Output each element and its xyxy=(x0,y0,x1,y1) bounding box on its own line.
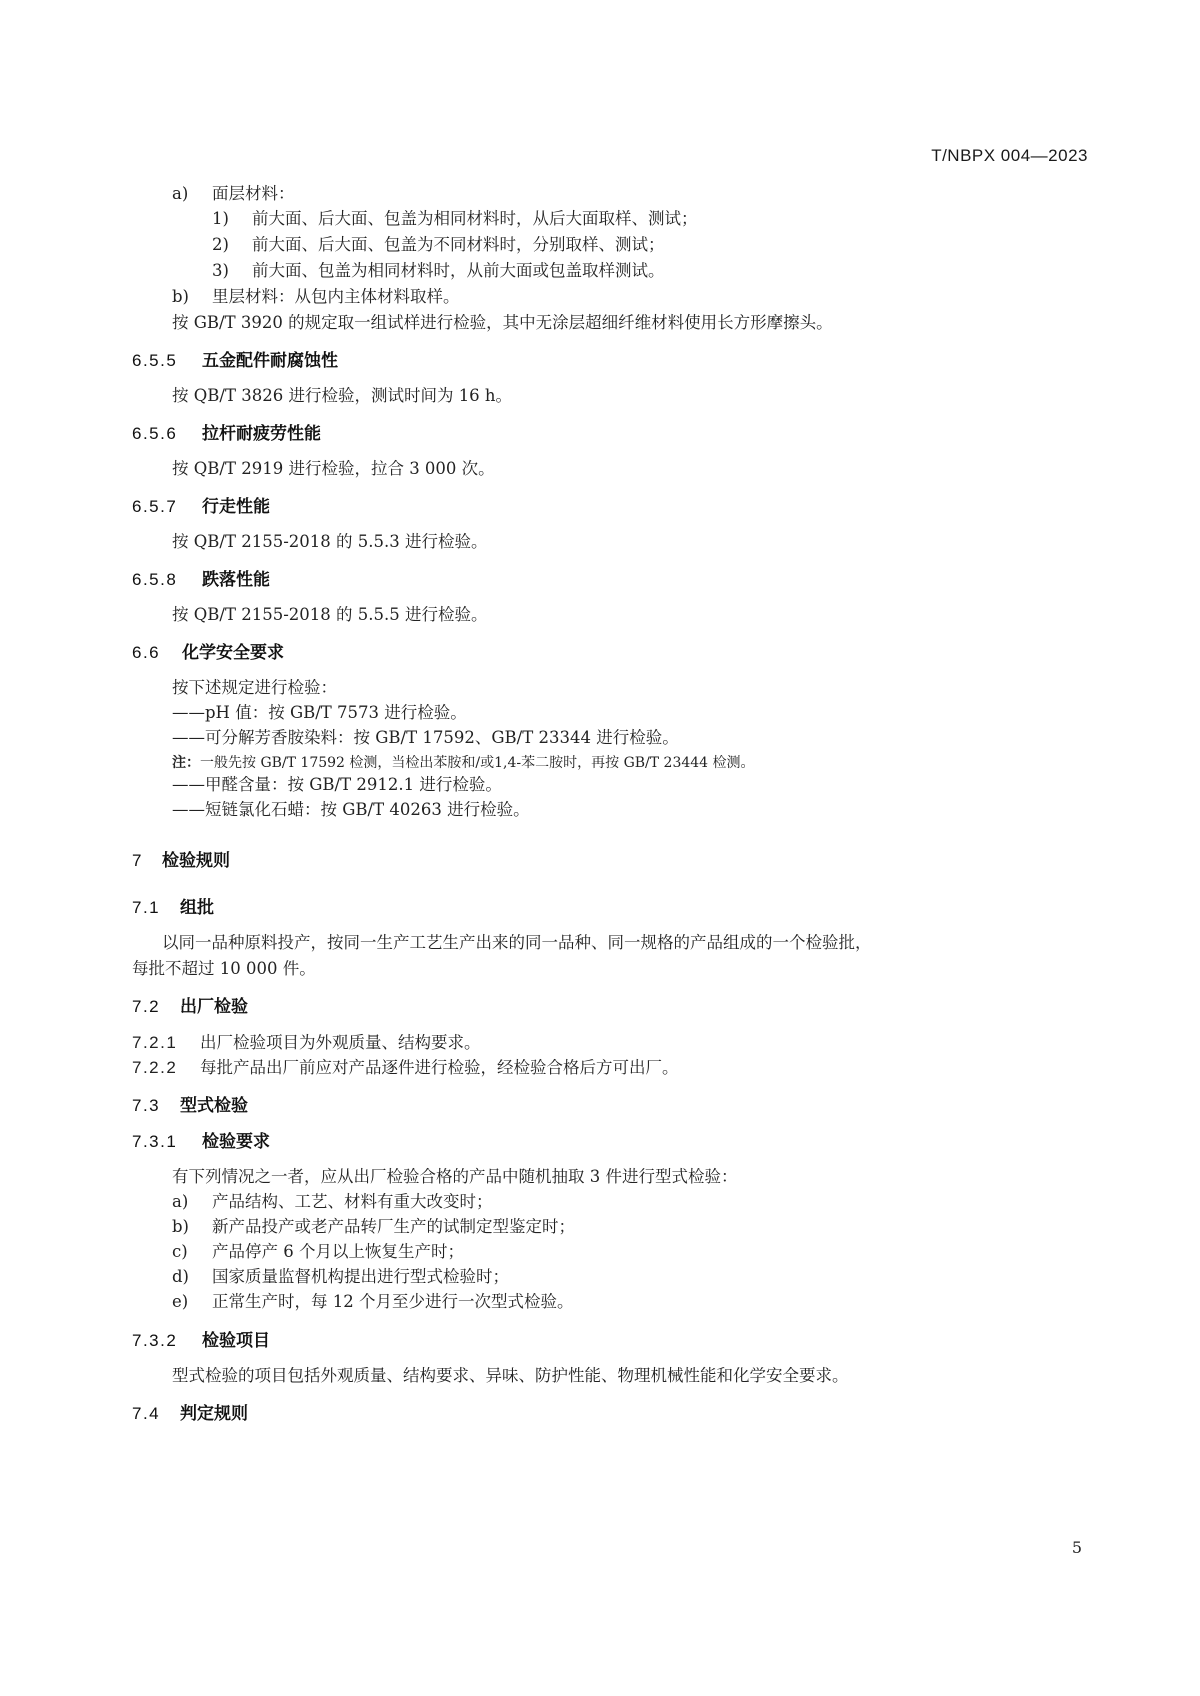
list-marker: a) xyxy=(172,1188,212,1216)
section-title: 五金配件耐腐蚀性 xyxy=(202,351,338,371)
section-number: 7 xyxy=(132,851,162,871)
section-number: 7.3.2 xyxy=(132,1331,202,1351)
section-heading-7-3: 7.3型式检验 xyxy=(132,1091,248,1116)
section-number: 7.4 xyxy=(132,1404,180,1424)
list-item-e: e)正常生产时，每 12 个月至少进行一次型式检验。 xyxy=(172,1288,574,1316)
section-heading-7-2: 7.2出厂检验 xyxy=(132,992,248,1017)
section-number: 7.1 xyxy=(132,898,180,918)
dash-item-ph: ——pH 值：按 GB/T 7573 进行检验。 xyxy=(172,699,467,727)
paragraph: 按 QB/T 2919 进行检验，拉合 3 000 次。 xyxy=(172,455,495,483)
list-item-d: d)国家质量监督机构提出进行型式检验时； xyxy=(172,1263,509,1291)
list-marker: 2) xyxy=(212,231,252,259)
section-number: 7.2 xyxy=(132,997,180,1017)
list-subitem-3: 3)前大面、包盖为相同材料时，从前大面或包盖取样测试。 xyxy=(212,257,665,285)
list-text: 前大面、后大面、包盖为相同材料时，从后大面取样、测试； xyxy=(252,209,698,228)
paragraph-line-2: 每批不超过 10 000 件。 xyxy=(132,955,316,983)
paragraph: 按 QB/T 2155-2018 的 5.5.3 进行检验。 xyxy=(172,528,487,556)
dash-item-aromatic-amine: ——可分解芳香胺染料：按 GB/T 17592、GB/T 23344 进行检验。 xyxy=(172,724,679,752)
section-title: 跌落性能 xyxy=(202,570,270,590)
clause-text: 出厂检验项目为外观质量、结构要求。 xyxy=(200,1033,481,1052)
list-text: 产品停产 6 个月以上恢复生产时； xyxy=(212,1242,464,1261)
clause-7-2-1: 7.2.1出厂检验项目为外观质量、结构要求。 xyxy=(132,1029,481,1057)
section-heading-7-4: 7.4判定规则 xyxy=(132,1399,248,1424)
list-marker: 3) xyxy=(212,257,252,285)
section-title: 组批 xyxy=(180,898,214,918)
list-item-a: a)产品结构、工艺、材料有重大改变时； xyxy=(172,1188,493,1216)
section-heading-6-5-6: 6.5.6拉杆耐疲劳性能 xyxy=(132,419,321,444)
section-heading-7-3-1: 7.3.1检验要求 xyxy=(132,1127,270,1152)
list-text: 前大面、后大面、包盖为不同材料时，分别取样、测试； xyxy=(252,235,665,254)
section-heading-6-6: 6.6化学安全要求 xyxy=(132,638,284,663)
list-text: 前大面、包盖为相同材料时，从前大面或包盖取样测试。 xyxy=(252,261,665,280)
section-title: 检验要求 xyxy=(202,1132,270,1152)
clause-number: 7.2.2 xyxy=(132,1054,200,1082)
section-number: 6.6 xyxy=(132,643,182,663)
section-title: 型式检验 xyxy=(180,1096,248,1116)
list-text: 新产品投产或老产品转厂生产的试制定型鉴定时； xyxy=(212,1217,575,1236)
section-heading-6-5-7: 6.5.7行走性能 xyxy=(132,492,270,517)
paragraph: 型式检验的项目包括外观质量、结构要求、异味、防护性能、物理机械性能和化学安全要求… xyxy=(172,1362,849,1390)
page-number: 5 xyxy=(1072,1538,1082,1557)
list-text: 正常生产时，每 12 个月至少进行一次型式检验。 xyxy=(212,1292,574,1311)
list-marker: e) xyxy=(172,1288,212,1316)
paragraph-line-1: 以同一品种原料投产，按同一生产工艺生产出来的同一品种、同一规格的产品组成的一个检… xyxy=(162,929,872,957)
section-title: 检验项目 xyxy=(202,1331,270,1351)
list-marker: b) xyxy=(172,283,212,311)
section-number: 6.5.7 xyxy=(132,497,202,517)
list-text: 面层材料： xyxy=(212,184,295,203)
list-subitem-2: 2)前大面、后大面、包盖为不同材料时，分别取样、测试； xyxy=(212,231,665,259)
list-item-b: b)里层材料：从包内主体材料取样。 xyxy=(172,283,460,311)
note: 注：一般先按 GB/T 17592 检测，当检出苯胺和/或1,4-苯二胺时，再按… xyxy=(172,752,755,772)
section-title: 行走性能 xyxy=(202,497,270,517)
list-item-a: a)面层材料： xyxy=(172,180,295,208)
list-marker: 1) xyxy=(212,205,252,233)
dash-item-sccp: ——短链氯化石蜡：按 GB/T 40263 进行检验。 xyxy=(172,796,530,824)
paragraph: 按 QB/T 3826 进行检验，测试时间为 16 h。 xyxy=(172,382,512,410)
clause-text: 每批产品出厂前应对产品逐件进行检验，经检验合格后方可出厂。 xyxy=(200,1058,679,1077)
list-marker: d) xyxy=(172,1263,212,1291)
dash-item-formaldehyde: ——甲醛含量：按 GB/T 2912.1 进行检验。 xyxy=(172,771,502,799)
chapter-heading-7: 7检验规则 xyxy=(132,846,230,871)
section-title: 出厂检验 xyxy=(180,997,248,1017)
section-number: 6.5.5 xyxy=(132,351,202,371)
section-heading-7-3-2: 7.3.2检验项目 xyxy=(132,1326,270,1351)
section-number: 7.3.1 xyxy=(132,1132,202,1152)
section-heading-7-1: 7.1组批 xyxy=(132,893,214,918)
section-number: 6.5.8 xyxy=(132,570,202,590)
section-number: 7.3 xyxy=(132,1096,180,1116)
list-text: 里层材料：从包内主体材料取样。 xyxy=(212,287,460,306)
list-marker: b) xyxy=(172,1213,212,1241)
note-label: 注： xyxy=(172,755,200,771)
list-item-c: c)产品停产 6 个月以上恢复生产时； xyxy=(172,1238,464,1266)
section-title: 化学安全要求 xyxy=(182,643,284,663)
section-number: 6.5.6 xyxy=(132,424,202,444)
clause-number: 7.2.1 xyxy=(132,1029,200,1057)
list-text: 产品结构、工艺、材料有重大改变时； xyxy=(212,1192,493,1211)
section-title: 检验规则 xyxy=(162,851,230,871)
list-item-b: b)新产品投产或老产品转厂生产的试制定型鉴定时； xyxy=(172,1213,575,1241)
document-code: T/NBPX 004—2023 xyxy=(931,146,1088,166)
list-marker: c) xyxy=(172,1238,212,1266)
paragraph: 按下述规定进行检验： xyxy=(172,674,337,702)
section-heading-6-5-8: 6.5.8跌落性能 xyxy=(132,565,270,590)
paragraph: 按 QB/T 2155-2018 的 5.5.5 进行检验。 xyxy=(172,601,487,629)
list-subitem-1: 1)前大面、后大面、包盖为相同材料时，从后大面取样、测试； xyxy=(212,205,698,233)
clause-7-2-2: 7.2.2每批产品出厂前应对产品逐件进行检验，经检验合格后方可出厂。 xyxy=(132,1054,679,1082)
section-title: 拉杆耐疲劳性能 xyxy=(202,424,321,444)
note-text: 一般先按 GB/T 17592 检测，当检出苯胺和/或1,4-苯二胺时，再按 G… xyxy=(200,755,755,771)
method-paragraph: 按 GB/T 3920 的规定取一组试样进行检验，其中无涂层超细纤维材料使用长方… xyxy=(172,309,833,337)
section-heading-6-5-5: 6.5.5五金配件耐腐蚀性 xyxy=(132,346,338,371)
paragraph: 有下列情况之一者，应从出厂检验合格的产品中随机抽取 3 件进行型式检验： xyxy=(172,1163,738,1191)
list-marker: a) xyxy=(172,180,212,208)
section-title: 判定规则 xyxy=(180,1404,248,1424)
list-text: 国家质量监督机构提出进行型式检验时； xyxy=(212,1267,509,1286)
